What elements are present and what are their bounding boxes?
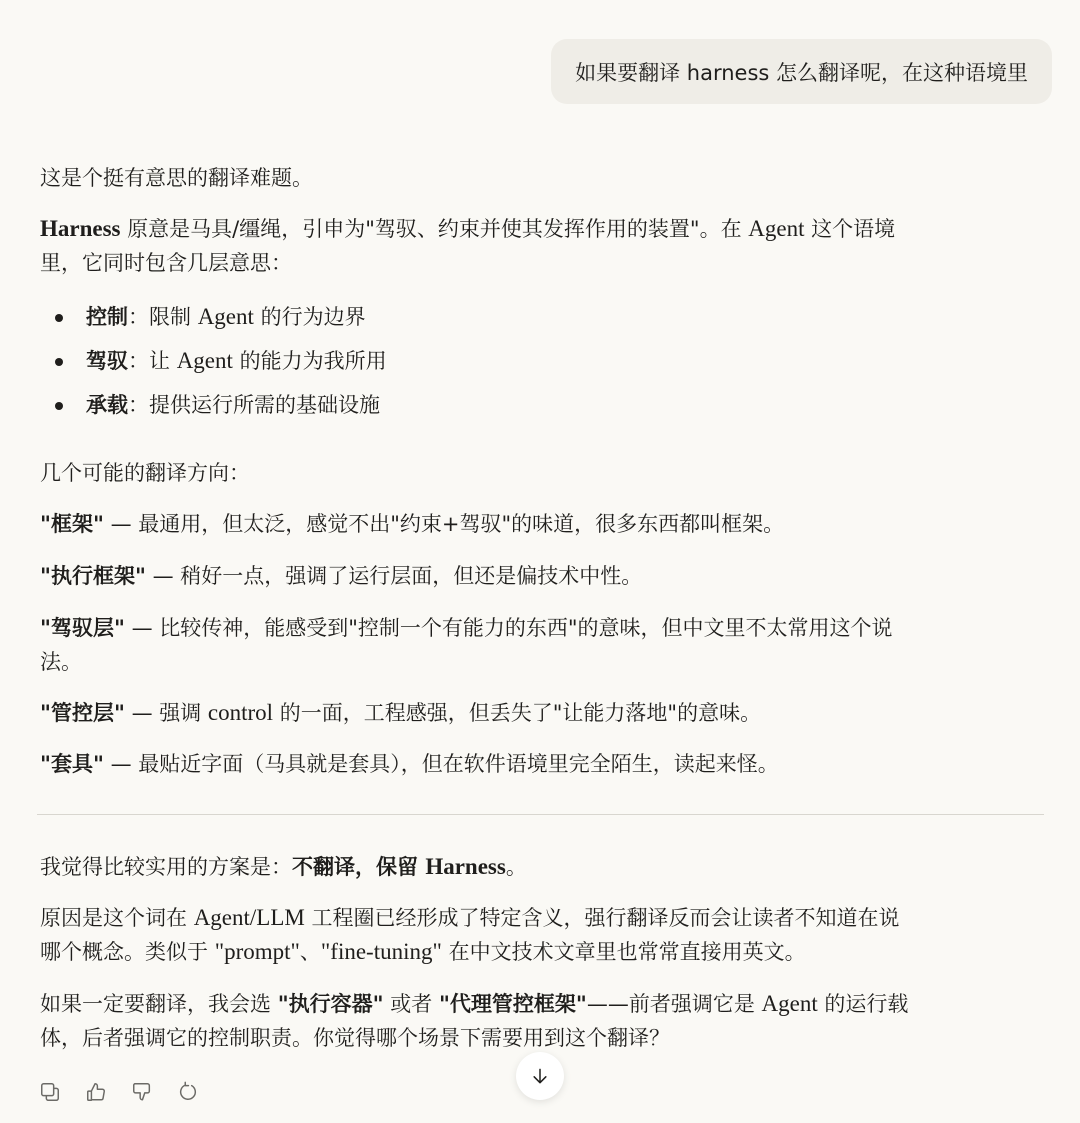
option-term: "驾驭层" xyxy=(40,616,125,640)
bullet-sep: ： xyxy=(128,305,149,329)
bullet-term: 驾驭 xyxy=(86,349,128,373)
option-paragraph: "框架" — 最通用，但太泛，感觉不出"约束+驾驭"的味道，很多东西都叫框架。 xyxy=(40,507,1000,541)
bullet-icon xyxy=(55,314,63,322)
bullet-icon xyxy=(55,402,63,410)
user-message-bubble: 如果要翻译 harness 怎么翻译呢，在这种语境里 xyxy=(551,39,1052,104)
reason-en-prompt: "prompt" xyxy=(215,939,300,964)
bullet-icon xyxy=(55,358,63,366)
option-paragraph: "驾驭层" — 比较传神，能感受到"控制一个有能力的东西"的意味，但中文里不太常… xyxy=(40,611,1000,679)
option-text: — 最贴近字面（马具就是套具），但在软件语境里完全陌生，读起来怪。 xyxy=(104,752,779,776)
option-text: — 强调 xyxy=(125,701,208,725)
bullet-text-post: 的能力为我所用 xyxy=(233,349,387,373)
definition-paragraph: Harness 原意是马具/缰绳，引申为"驾驭、约束并使其发挥作用的装置"。在 … xyxy=(40,212,1000,280)
reason-en-finetuning: "fine-tuning" xyxy=(321,939,442,964)
closing-text-post2: 的运行载 xyxy=(818,992,909,1016)
recommendation-bold: 不翻译，保留 xyxy=(292,855,425,879)
meaning-list: 控制：限制 Agent 的行为边界 驾驭：让 Agent 的能力为我所用 承载：… xyxy=(40,298,940,430)
option-term: "框架" xyxy=(40,512,104,536)
agent-word: Agent xyxy=(748,216,804,241)
bullet-text: 让 xyxy=(149,349,177,373)
bullet-text: 提供运行所需的基础设施 xyxy=(149,393,380,417)
closing-option-2: "代理管控框架" xyxy=(439,992,587,1016)
option-paragraph: "管控层" — 强调 control 的一面，工程感强，但丢失了"让能力落地"的… xyxy=(40,696,1000,730)
bullet-en: Agent xyxy=(198,304,254,329)
reason-en: Agent/LLM xyxy=(194,905,305,930)
copy-icon xyxy=(39,1081,61,1103)
option-text: — 最通用，但太泛，感觉不出"约束+驾驭"的味道，很多东西都叫框架。 xyxy=(104,512,784,536)
arrow-down-icon xyxy=(530,1066,550,1086)
bullet-term: 控制 xyxy=(86,305,128,329)
reason-text-line2-post: 在中文技术文章里也常常直接用英文。 xyxy=(442,940,806,964)
option-term: "套具" xyxy=(40,752,104,776)
option-term: "管控层" xyxy=(40,701,125,725)
definition-text-line2: 里，它同时包含几层意思： xyxy=(40,251,292,275)
list-item: 控制：限制 Agent 的行为边界 xyxy=(40,298,940,342)
definition-text: 原意是马具/缰绳，引申为"驾驭、约束并使其发挥作用的装置"。在 xyxy=(121,217,749,241)
list-item: 驾驭：让 Agent 的能力为我所用 xyxy=(40,342,940,386)
option-text-post: 的一面，工程感强，但丢失了"让能力落地"的意味。 xyxy=(273,701,761,725)
reason-text-mid: 工程圈已经形成了特定含义，强行翻译反而会让读者不知道在说 xyxy=(305,906,900,930)
closing-paragraph: 如果一定要翻译，我会选 "执行容器" 或者 "代理管控框架"——前者强调它是 A… xyxy=(40,987,1000,1055)
copy-button[interactable] xyxy=(38,1080,62,1104)
closing-text-line2: 体，后者强调它的控制职责。你觉得哪个场景下需要用到这个翻译？ xyxy=(40,1026,670,1050)
scroll-to-bottom-button[interactable] xyxy=(516,1052,564,1100)
message-actions xyxy=(38,1080,200,1104)
reason-sep: 、 xyxy=(300,940,321,964)
bullet-en: Agent xyxy=(177,348,233,373)
bullet-sep: ： xyxy=(128,393,149,417)
closing-text: 如果一定要翻译，我会选 xyxy=(40,992,278,1016)
option-text-line2: 法。 xyxy=(40,650,82,674)
option-text: — 稍好一点，强调了运行层面，但还是偏技术中性。 xyxy=(146,564,642,588)
recommendation-bold-en: Harness xyxy=(425,854,506,879)
reason-text-line2: 哪个概念。类似于 xyxy=(40,940,215,964)
recommendation-text: 我觉得比较实用的方案是： xyxy=(40,855,292,879)
section-divider xyxy=(37,814,1044,815)
list-item: 承载：提供运行所需的基础设施 xyxy=(40,386,940,430)
reason-text: 原因是这个词在 xyxy=(40,906,194,930)
user-message-row: 如果要翻译 harness 怎么翻译呢，在这种语境里 xyxy=(551,39,1052,104)
thumbs-up-button[interactable] xyxy=(84,1080,108,1104)
closing-text-mid: 或者 xyxy=(384,992,439,1016)
bullet-text-post: 的行为边界 xyxy=(254,305,366,329)
option-en: control xyxy=(208,700,273,725)
bullet-term: 承载 xyxy=(86,393,128,417)
closing-option-1: "执行容器" xyxy=(278,992,384,1016)
option-paragraph: "套具" — 最贴近字面（马具就是套具），但在软件语境里完全陌生，读起来怪。 xyxy=(40,747,1000,781)
recommendation-paragraph: 我觉得比较实用的方案是：不翻译，保留 Harness。 xyxy=(40,850,1000,884)
option-text: — 比较传神，能感受到"控制一个有能力的东西"的意味，但中文里不太常用这个说 xyxy=(125,616,893,640)
closing-en: Agent xyxy=(762,991,818,1016)
option-paragraph: "执行框架" — 稍好一点，强调了运行层面，但还是偏技术中性。 xyxy=(40,559,1000,593)
reason-paragraph: 原因是这个词在 Agent/LLM 工程圈已经形成了特定含义，强行翻译反而会让读… xyxy=(40,901,1000,969)
thumbs-down-icon xyxy=(131,1081,153,1103)
retry-button[interactable] xyxy=(176,1080,200,1104)
closing-text-post: ——前者强调它是 xyxy=(587,992,762,1016)
retry-icon xyxy=(177,1081,199,1103)
directions-heading: 几个可能的翻译方向： xyxy=(40,456,1000,490)
bullet-sep: ： xyxy=(128,349,149,373)
thumbs-up-icon xyxy=(85,1081,107,1103)
bullet-text: 限制 xyxy=(149,305,198,329)
thumbs-down-button[interactable] xyxy=(130,1080,154,1104)
definition-text-end: 这个语境 xyxy=(804,217,895,241)
recommendation-period: 。 xyxy=(506,855,527,879)
intro-paragraph: 这是个挺有意思的翻译难题。 xyxy=(40,161,1000,195)
term-harness: Harness xyxy=(40,216,121,241)
option-term: "执行框架" xyxy=(40,564,146,588)
